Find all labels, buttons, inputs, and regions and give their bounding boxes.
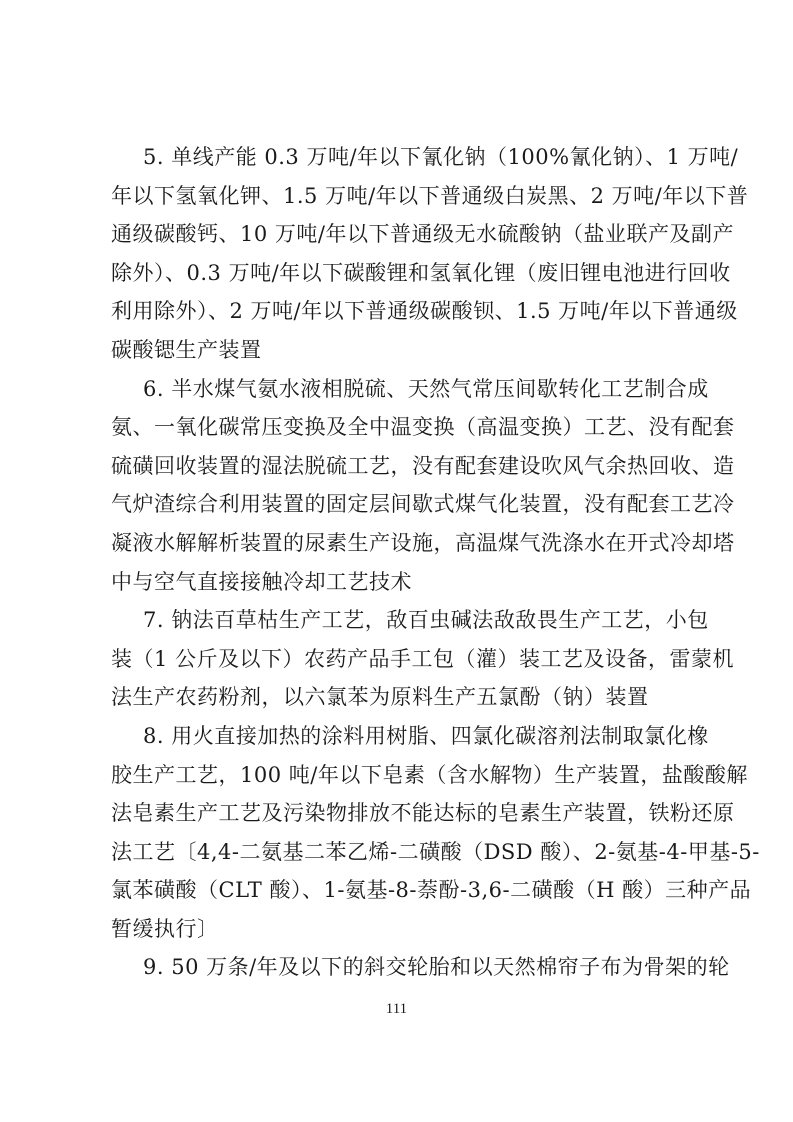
text-line: 胶生产工艺，100 吨/年以下皂素（含水解物）生产装置，盐酸酸解	[111, 756, 689, 795]
text-line: 6. 半水煤气氨水液相脱硫、天然气常压间歇转化工艺制合成	[111, 370, 689, 409]
text-line: 5. 单线产能 0.3 万吨/年以下氰化钠（100%氰化钠）、1 万吨/	[111, 138, 689, 177]
paragraph-item-7: 7. 钠法百草枯生产工艺，敌百虫碱法敌敌畏生产工艺，小包 装（1 公斤及以下）农…	[111, 601, 689, 717]
text-line: 7. 钠法百草枯生产工艺，敌百虫碱法敌敌畏生产工艺，小包	[111, 601, 689, 640]
paragraph-item-9: 9. 50 万条/年及以下的斜交轮胎和以天然棉帘子布为骨架的轮	[111, 948, 689, 987]
paragraph-item-6: 6. 半水煤气氨水液相脱硫、天然气常压间歇转化工艺制合成 氨、一氧化碳常压变换及…	[111, 370, 689, 602]
text-line: 8. 用火直接加热的涂料用树脂、四氯化碳溶剂法制取氯化橡	[111, 717, 689, 756]
text-line: 中与空气直接接触冷却工艺技术	[111, 563, 689, 602]
text-line: 利用除外）、2 万吨/年以下普通级碳酸钡、1.5 万吨/年以下普通级	[111, 292, 689, 331]
text-line: 法皂素生产工艺及污染物排放不能达标的皂素生产装置，铁粉还原	[111, 794, 689, 833]
text-line: 法生产农药粉剂，以六氯苯为原料生产五氯酚（钠）装置	[111, 678, 689, 717]
paragraph-item-5: 5. 单线产能 0.3 万吨/年以下氰化钠（100%氰化钠）、1 万吨/ 年以下…	[111, 138, 689, 370]
text-line: 除外）、0.3 万吨/年以下碳酸锂和氢氧化锂（废旧锂电池进行回收	[111, 254, 689, 293]
text-line: 暂缓执行〕	[111, 910, 689, 949]
text-line: 硫磺回收装置的湿法脱硫工艺，没有配套建设吹风气余热回收、造	[111, 447, 689, 486]
paragraph-item-8: 8. 用火直接加热的涂料用树脂、四氯化碳溶剂法制取氯化橡 胶生产工艺，100 吨…	[111, 717, 689, 949]
page-number: 111	[0, 1001, 793, 1018]
text-line: 装（1 公斤及以下）农药产品手工包（灌）装工艺及设备，雷蒙机	[111, 640, 689, 679]
text-line: 年以下氢氧化钾、1.5 万吨/年以下普通级白炭黑、2 万吨/年以下普	[111, 177, 689, 216]
text-line: 氯苯磺酸（CLT 酸）、1-氨基-8-萘酚-3,6-二磺酸（H 酸）三种产品	[111, 871, 689, 910]
text-line: 碳酸锶生产装置	[111, 331, 689, 370]
text-line: 凝液水解解析装置的尿素生产设施，高温煤气洗涤水在开式冷却塔	[111, 524, 689, 563]
text-line: 9. 50 万条/年及以下的斜交轮胎和以天然棉帘子布为骨架的轮	[111, 948, 689, 987]
text-line: 法工艺〔4,4-二氨基二苯乙烯-二磺酸（DSD 酸）、2-氨基-4-甲基-5-	[111, 833, 689, 872]
text-line: 通级碳酸钙、10 万吨/年以下普通级无水硫酸钠（盐业联产及副产	[111, 215, 689, 254]
document-body: 5. 单线产能 0.3 万吨/年以下氰化钠（100%氰化钠）、1 万吨/ 年以下…	[111, 138, 689, 987]
text-line: 气炉渣综合利用装置的固定层间歇式煤气化装置，没有配套工艺冷	[111, 485, 689, 524]
text-line: 氨、一氧化碳常压变换及全中温变换（高温变换）工艺、没有配套	[111, 408, 689, 447]
